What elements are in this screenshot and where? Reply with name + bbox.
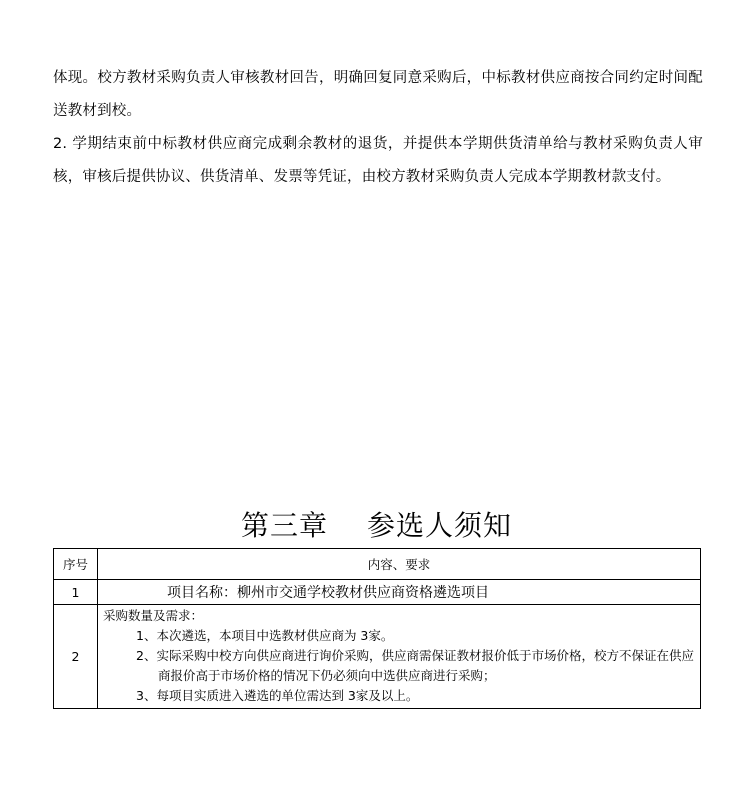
table-row: 1 项目名称：柳州市交通学校教材供应商资格遴选项目 — [54, 580, 701, 605]
row-serial-number: 1 — [54, 580, 98, 605]
paragraph-settlement: 2. 学期结束前中标教材供应商完成剩余教材的退货，并提供本学期供货清单给与教材采… — [53, 128, 703, 194]
requirement-item-2: 2、实际采购中校方向供应商进行询价采购，供应商需保证教材报价低于市场价格，校方不… — [103, 646, 696, 686]
requirements-table: 序号 内容、要求 1 项目名称：柳州市交通学校教材供应商资格遴选项目 2 采购数… — [53, 548, 701, 709]
project-name-cell: 项目名称：柳州市交通学校教材供应商资格遴选项目 — [98, 580, 701, 605]
body-text-section: 体现。校方教材采购负责人审核教材回告，明确回复同意采购后，中标教材供应商按合同约… — [53, 62, 703, 194]
header-serial-number: 序号 — [54, 549, 98, 580]
chapter-title: 第三章 参选人须知 — [0, 506, 753, 546]
requirements-title: 采购数量及需求： — [103, 606, 696, 626]
document-page: 体现。校方教材采购负责人审核教材回告，明确回复同意采购后，中标教材供应商按合同约… — [0, 0, 753, 790]
paragraph-delivery: 体现。校方教材采购负责人审核教材回告，明确回复同意采购后，中标教材供应商按合同约… — [53, 62, 703, 128]
header-content-requirements: 内容、要求 — [98, 549, 701, 580]
requirement-item-1: 1、本次遴选，本项目中选教材供应商为 3家。 — [103, 626, 696, 646]
row-serial-number: 2 — [54, 605, 98, 709]
table-row: 2 采购数量及需求： 1、本次遴选，本项目中选教材供应商为 3家。 2、实际采购… — [54, 605, 701, 709]
procurement-requirements-cell: 采购数量及需求： 1、本次遴选，本项目中选教材供应商为 3家。 2、实际采购中校… — [98, 605, 701, 709]
requirement-item-3: 3、每项目实质进入遴选的单位需达到 3家及以上。 — [103, 686, 696, 706]
table-header-row: 序号 内容、要求 — [54, 549, 701, 580]
